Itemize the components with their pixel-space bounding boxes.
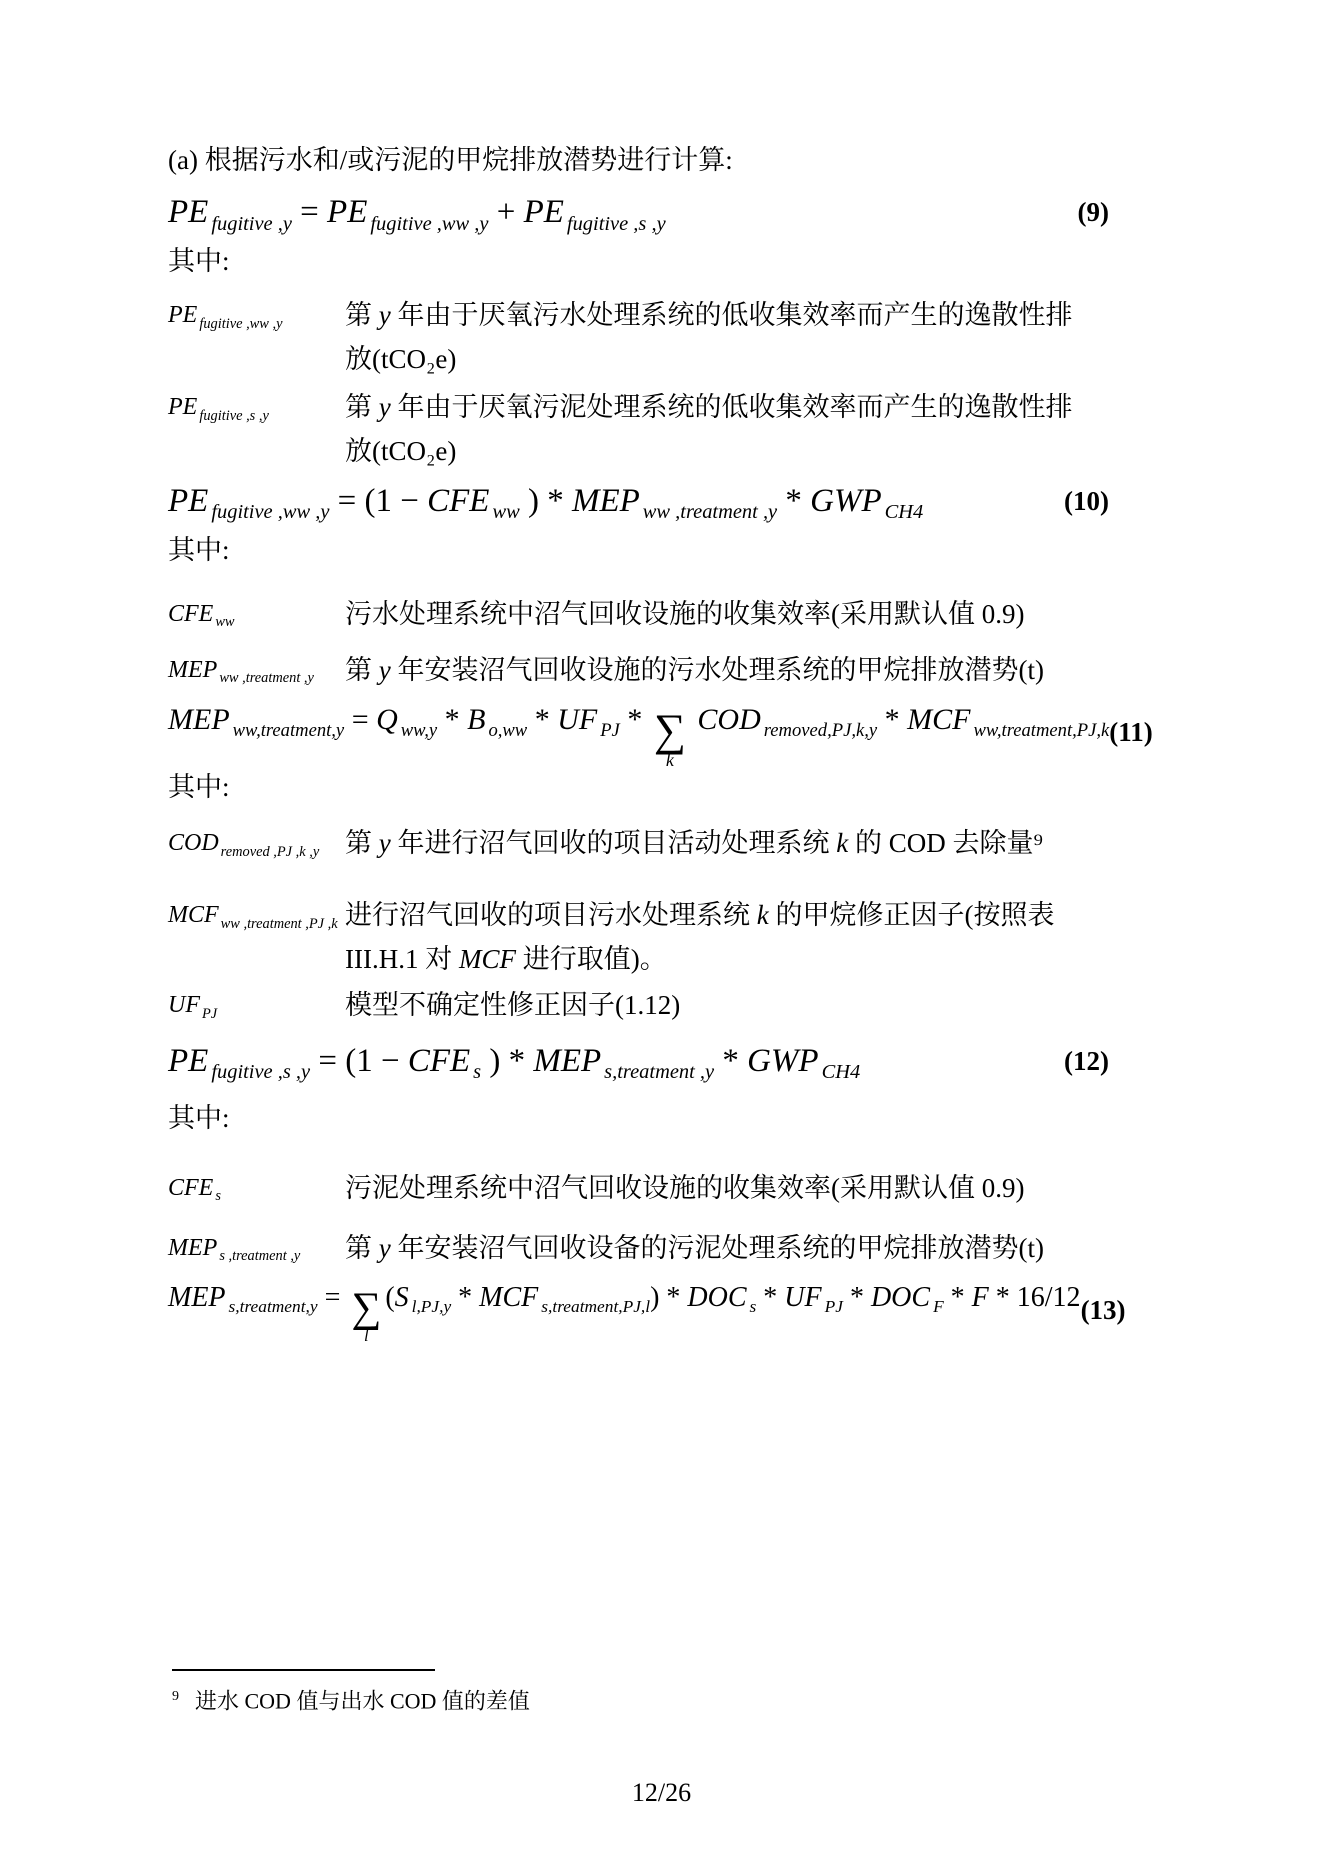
definition-description: 第 y 年安装沼气回收设施的污水处理系统的甲烷排放潜势(t) [345,648,1105,692]
definition-term: PEfugitive ,s ,y [168,385,345,429]
section-intro: (a) 根据污水和/或污泥的甲烷排放潜势进行计算: [168,142,1155,178]
definition-term: MEPs ,treatment ,y [168,1226,345,1270]
definition-description: 进行沼气回收的项目污水处理系统 k 的甲烷修正因子(按照表III.H.1 对 M… [345,893,1105,981]
where-label-4: 其中: [168,1100,1155,1136]
equation-9-row: PEfugitive ,y = PEfugitive ,ww ,y + PEfu… [168,186,1155,239]
definition-term: PEfugitive ,ww ,y [168,293,345,337]
footnote-text: 进水 COD 值与出水 COD 值的差值 [195,1688,530,1713]
equation-10-number: (10) [1064,486,1109,517]
page-content: (a) 根据污水和/或污泥的甲烷排放潜势进行计算: PEfugitive ,y … [0,0,1323,1345]
definition-term: CFEs [168,1166,345,1210]
equation-13-formula: MEPs,treatment,y = ∑l(Sl,PJ,y * MCFs,tre… [168,1276,1081,1345]
where-label-1: 其中: [168,243,1155,279]
definition-description: 第 y 年由于厌氧污水处理系统的低收集效率而产生的逸散性排放(tCO₂e) [345,293,1105,381]
where-label-2: 其中: [168,532,1155,568]
footnote-divider [172,1669,435,1671]
definition-term: UFPJ [168,983,345,1027]
definition-description: 第 y 年安装沼气回收设备的污泥处理系统的甲烷排放潜势(t) [345,1226,1105,1270]
definition-mep-ww-treatment-y: MEPww ,treatment ,y 第 y 年安装沼气回收设施的污水处理系统… [168,648,1155,692]
definition-pe-fugitive-s-y: PEfugitive ,s ,y 第 y 年由于厌氧污泥处理系统的低收集效率而产… [168,385,1155,473]
definition-cfe-ww: CFEww 污水处理系统中沼气回收设施的收集效率(采用默认值 0.9) [168,592,1155,636]
definition-term: MCFww ,treatment ,PJ ,k [168,893,345,937]
definition-term: CFEww [168,592,345,636]
equation-11-row: MEPww,treatment,y = Qww,y * Bo,ww * UFPJ… [168,696,1155,769]
definition-description: 污泥处理系统中沼气回收设施的收集效率(采用默认值 0.9) [345,1166,1105,1210]
definition-description: 污水处理系统中沼气回收设施的收集效率(采用默认值 0.9) [345,592,1105,636]
equation-9-formula: PEfugitive ,y = PEfugitive ,ww ,y + PEfu… [168,186,666,239]
equation-12-formula: PEfugitive ,s ,y = (1 − CFEs ) * MEPs,tr… [168,1035,860,1088]
definition-term: MEPww ,treatment ,y [168,648,345,692]
footnote-9: 9进水 COD 值与出水 COD 值的差值 [172,1682,530,1716]
equation-10-row: PEfugitive ,ww ,y = (1 − CFEww ) * MEPww… [168,475,1155,528]
definition-mep-s-treatment-y: MEPs ,treatment ,y 第 y 年安装沼气回收设备的污泥处理系统的… [168,1226,1155,1270]
definition-description: 第 y 年进行沼气回收的项目活动处理系统 k 的 COD 去除量⁹ [345,821,1105,865]
definition-term: CODremoved ,PJ ,k ,y [168,821,345,865]
equation-13-number: (13) [1081,1295,1126,1326]
equation-9-number: (9) [1078,197,1109,228]
equation-11-number: (11) [1109,717,1153,748]
equation-12-row: PEfugitive ,s ,y = (1 − CFEs ) * MEPs,tr… [168,1035,1155,1088]
definition-uf-pj: UFPJ 模型不确定性修正因子(1.12) [168,983,1155,1027]
definition-description: 模型不确定性修正因子(1.12) [345,983,1105,1027]
equation-12-number: (12) [1064,1046,1109,1077]
where-label-3: 其中: [168,769,1155,805]
document-page: (a) 根据污水和/或污泥的甲烷排放潜势进行计算: PEfugitive ,y … [0,0,1323,1871]
definition-cfe-s: CFEs 污泥处理系统中沼气回收设施的收集效率(采用默认值 0.9) [168,1166,1155,1210]
definition-pe-fugitive-ww-y: PEfugitive ,ww ,y 第 y 年由于厌氧污水处理系统的低收集效率而… [168,293,1155,381]
definition-description: 第 y 年由于厌氧污泥处理系统的低收集效率而产生的逸散性排放(tCO₂e) [345,385,1105,473]
page-number: 12/26 [0,1778,1323,1808]
equation-10-formula: PEfugitive ,ww ,y = (1 − CFEww ) * MEPww… [168,475,923,528]
footnote-marker: 9 [172,1689,179,1704]
definition-mcf-ww-treatment: MCFww ,treatment ,PJ ,k 进行沼气回收的项目污水处理系统 … [168,893,1155,981]
definition-cod-removed: CODremoved ,PJ ,k ,y 第 y 年进行沼气回收的项目活动处理系… [168,821,1155,865]
equation-13-row: MEPs,treatment,y = ∑l(Sl,PJ,y * MCFs,tre… [168,1276,1155,1345]
equation-11-formula: MEPww,treatment,y = Qww,y * Bo,ww * UFPJ… [168,696,1109,769]
